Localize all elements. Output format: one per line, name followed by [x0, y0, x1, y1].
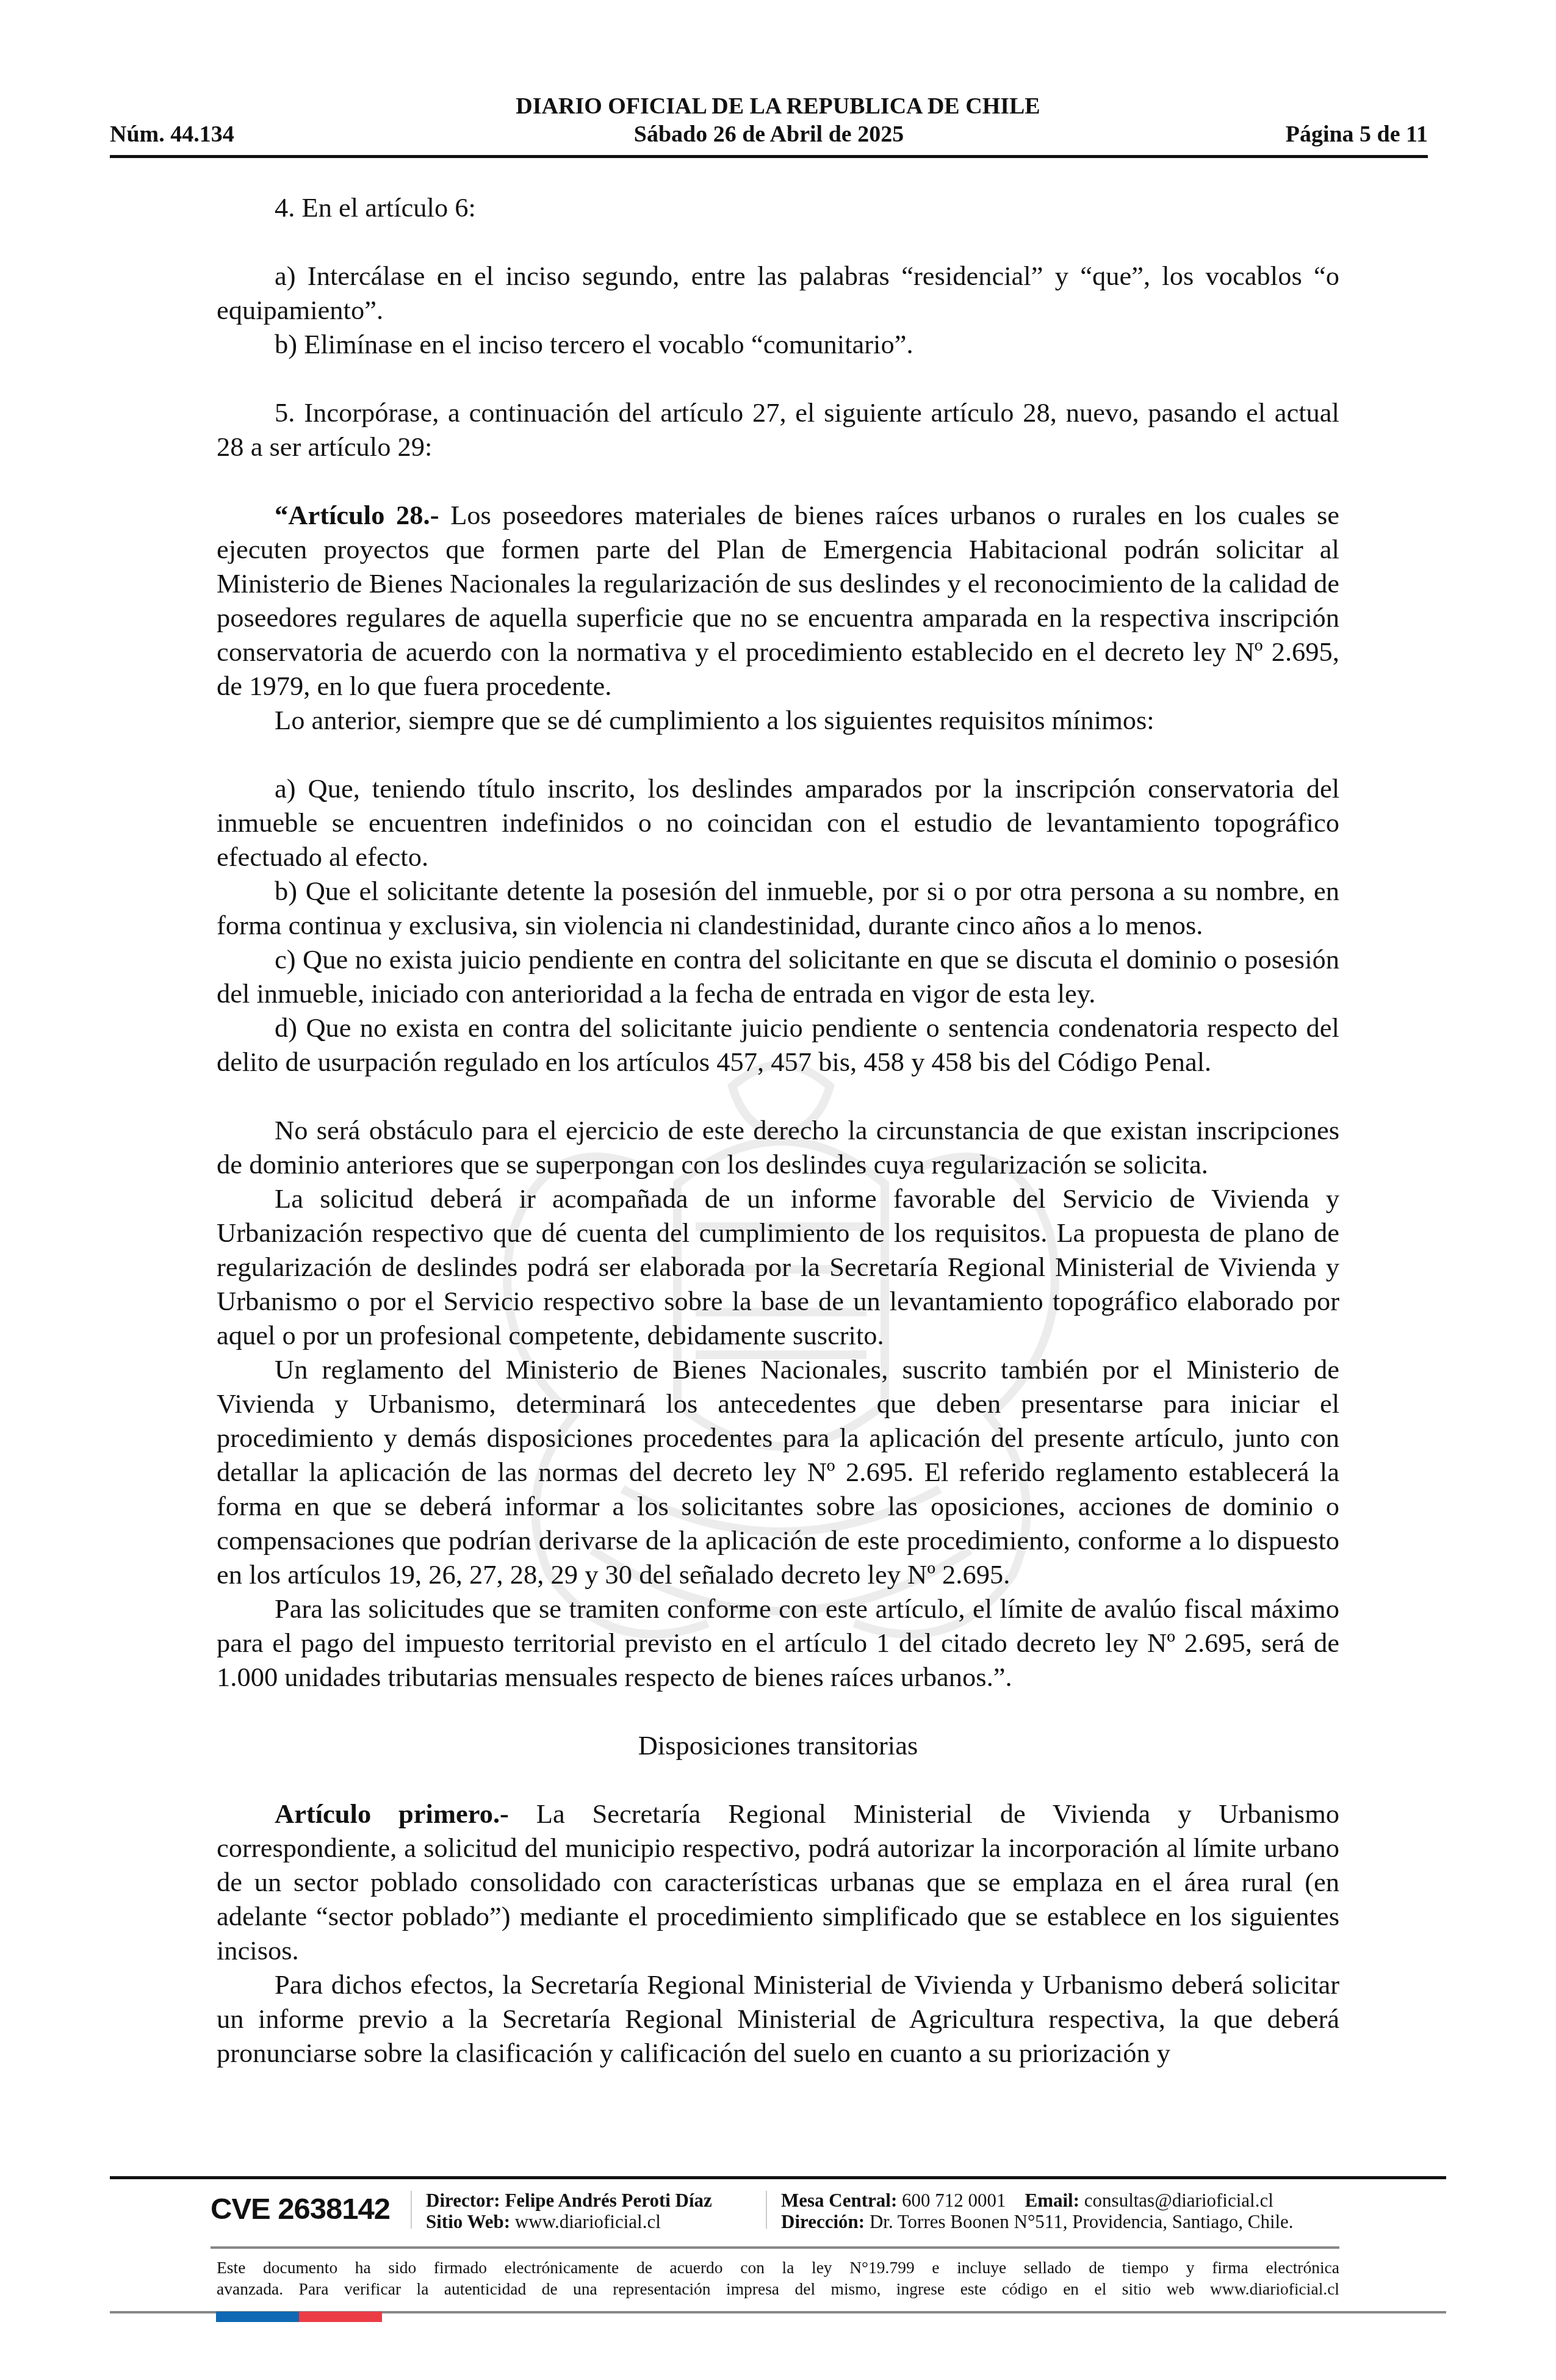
website-link[interactable]: www.diarioficial.cl: [510, 2211, 661, 2232]
article-28-paragraph-3: No será obstáculo para el ejercicio de e…: [217, 1113, 1339, 1181]
director-name: Felipe Andrés Peroti Díaz: [500, 2190, 712, 2211]
footer-contact-left: Director: Felipe Andrés Peroti Díaz Siti…: [426, 2190, 712, 2232]
email-link[interactable]: consultas@diarioficial.cl: [1079, 2190, 1273, 2211]
transitory-article-1-paragraph-2: Para dichos efectos, la Secretaría Regio…: [217, 1967, 1339, 2070]
article-28-paragraph-1: “Artículo 28.- Los poseedores materiales…: [217, 498, 1339, 703]
footer-separator: [766, 2191, 767, 2229]
flag-stripe-blue: [216, 2312, 299, 2322]
transitory-article-1-paragraph-1: Artículo primero.- La Secretaría Regiona…: [217, 1797, 1339, 1967]
item-5-intro: 5. Incorpórase, a continuación del artíc…: [217, 395, 1339, 464]
page-indicator: Página 5 de 11: [1286, 121, 1428, 148]
article-28-paragraph-4: La solicitud deberá ir acompañada de un …: [217, 1181, 1339, 1352]
legal-notice: Este documento ha sido firmado electróni…: [217, 2257, 1339, 2299]
document-body: 4. En el artículo 6: a) Intercálase en e…: [217, 190, 1339, 2070]
footer-divider-middle: [211, 2246, 1339, 2249]
footer-contact-right: Mesa Central: 600 712 0001 Email: consul…: [781, 2190, 1294, 2232]
transitory-article-1-heading: Artículo primero.-: [275, 1798, 509, 1829]
phone-number: 600 712 0001: [897, 2190, 1006, 2211]
newspaper-title: DIARIO OFICIAL DE LA REPUBLICA DE CHILE: [0, 93, 1556, 120]
footer-divider-top: [110, 2176, 1446, 2179]
cve-code: CVE 2638142: [211, 2192, 390, 2226]
requirement-b: b) Que el solicitante detente la posesió…: [217, 874, 1339, 942]
requirement-a: a) Que, teniendo título inscrito, los de…: [217, 771, 1339, 874]
address: Dr. Torres Boonen N°511, Providencia, Sa…: [865, 2211, 1293, 2232]
item-4-intro: 4. En el artículo 6:: [217, 190, 1339, 225]
header-divider: [110, 155, 1428, 158]
item-4-a: a) Intercálase en el inciso segundo, ent…: [217, 259, 1339, 327]
article-28-heading: “Artículo 28.-: [275, 500, 439, 530]
requirement-d: d) Que no exista en contra del solicitan…: [217, 1011, 1339, 1079]
article-28-paragraph-6: Para las solicitudes que se tramiten con…: [217, 1592, 1339, 1694]
article-28-paragraph-2: Lo anterior, siempre que se dé cumplimie…: [217, 703, 1339, 737]
footer-separator: [411, 2191, 412, 2229]
issue-date: Sábado 26 de Abril de 2025: [110, 121, 1428, 148]
flag-stripe-red: [299, 2312, 382, 2322]
section-title: Disposiciones transitorias: [217, 1728, 1339, 1762]
item-4-b: b) Elimínase en el inciso tercero el voc…: [217, 327, 1339, 361]
article-28-paragraph-5: Un reglamento del Ministerio de Bienes N…: [217, 1352, 1339, 1592]
requirement-c: c) Que no exista juicio pendiente en con…: [217, 942, 1339, 1011]
header-info-row: Núm. 44.134 Sábado 26 de Abril de 2025 P…: [110, 121, 1428, 150]
